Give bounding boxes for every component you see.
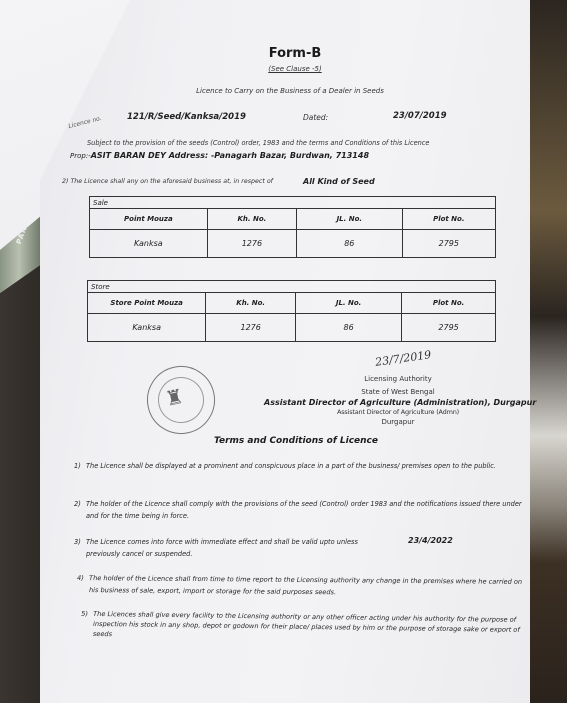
term-item: 4) The holder of the Licence shall from … [89,572,529,600]
store-header-jl: JL. No. [296,293,402,314]
dated-label: Dated: [303,113,328,122]
term-text: The Licences shall give every facility t… [93,610,520,638]
store-caption: Store [88,281,496,293]
table-row: Kanksa 1276 86 2795 [90,230,496,258]
licence-no-label: Licence no. [68,115,103,130]
store-header-mouza: Store Point Mouza [88,293,206,314]
prop-label: Prop:- [70,152,91,160]
proprietor-line: Prop:-ASIT BARAN DEY Address: -Panagarh … [70,151,369,160]
sale-header-mouza: Point Mouza [90,209,208,230]
sale-header-plot: Plot No. [402,209,495,230]
term-item: 3) The Licence comes into force with imm… [86,536,386,560]
sale-cell-jl: 86 [297,230,403,258]
store-cell-jl: 86 [296,314,402,342]
sale-header-jl: JL. No. [297,209,403,230]
term-item: 1) The Licence shall be displayed at a p… [86,460,526,472]
term-text: The holder of the Licence shall from tim… [89,574,522,596]
state-name: State of West Bengal [0,388,567,396]
sale-table: Sale Point Mouza Kh. No. JL. No. Plot No… [89,196,496,258]
store-cell-kh: 1276 [206,314,296,342]
dated-value: 23/07/2019 [393,111,447,121]
form-title: Form-B [0,46,567,61]
licensing-authority: Licensing Authority [0,375,567,383]
licence-document: Form-B (See Clause -5) Licence to Carry … [0,0,567,703]
term-text: The holder of the Licence shall comply w… [86,500,522,520]
terms-title: Terms and Conditions of Licence [214,436,378,446]
subject-text: Subject to the provision of the seeds (C… [87,139,430,147]
signature: 23/7/2019 [374,348,432,369]
form-subtitle: Licence to Carry on the Business of a De… [0,87,567,95]
term-item: 5) The Licences shall give every facilit… [93,609,533,645]
store-cell-mouza: Kanksa [88,314,206,342]
sale-caption: Sale [90,197,496,209]
term-item: 2) The holder of the Licence shall compl… [86,498,526,522]
clause-2-value: All Kind of Seed [303,177,375,186]
licence-no-value: 121/R/Seed/Kanksa/2019 [127,112,246,122]
table-row: Kanksa 1276 86 2795 [88,314,496,342]
authority-designation: Assistant Director of Agriculture (Admin… [264,398,536,407]
store-header-plot: Plot No. [402,293,496,314]
valid-upto-date: 23/4/2022 [408,536,453,545]
prop-details: ASIT BARAN DEY Address: -Panagarh Bazar,… [91,151,369,160]
stamp-location: Durgapur [0,418,567,426]
clause-reference: (See Clause -5) [0,65,567,73]
office-seal: ♜ [141,360,222,441]
store-header-kh: Kh. No. [206,293,296,314]
store-cell-plot: 2795 [402,314,496,342]
sale-cell-plot: 2795 [402,230,495,258]
clause-2-text: 2) The Licence shall any on the aforesai… [62,178,273,185]
sale-header-kh: Kh. No. [207,209,296,230]
store-table: Store Store Point Mouza Kh. No. JL. No. … [87,280,496,342]
sale-cell-kh: 1276 [207,230,296,258]
term-text: The Licence comes into force with immedi… [86,538,358,558]
sale-cell-mouza: Kanksa [90,230,208,258]
stamp-designation: Assistant Director of Agriculture (Admn) [0,408,567,416]
term-text: The Licence shall be displayed at a prom… [86,462,496,470]
